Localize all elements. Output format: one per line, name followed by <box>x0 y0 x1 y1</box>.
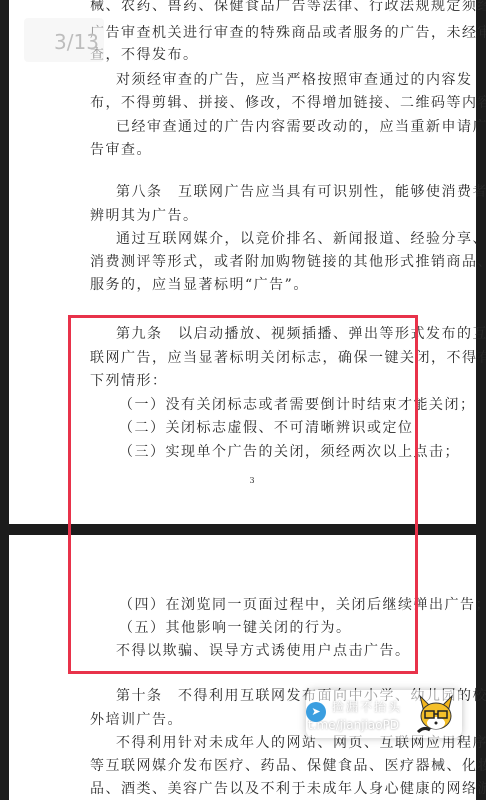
list-item: （五）其他影响一键关闭的行为。 <box>119 618 443 638</box>
text-line: 等互联网媒介发布医疗、药品、保健食品、医疗器械、化妆 <box>90 756 414 776</box>
text-line: 不得以欺骗、误导方式诱使用户点击广告。 <box>116 641 440 661</box>
list-item: （一）没有关闭标志或者需要倒计时结束才能关闭； <box>119 395 443 415</box>
text-line: 下列情形： <box>90 371 414 391</box>
text-line: 查，不得发布。 <box>90 45 414 65</box>
text-line: 广告审查机关进行审查的特殊商品或者服务的广告，未经审 <box>90 23 414 43</box>
text-line: 品、酒类、美容广告以及不利于未成年人身心健康的网络游 <box>90 779 414 799</box>
list-item: （二）关闭标志虚假、不可清晰辨识或定位； <box>119 418 443 438</box>
text-line: 通过互联网媒介，以竞价排名、新闻报道、经验分享、 <box>116 229 440 249</box>
list-item: （三）实现单个广告的关闭，须经两次以上点击； <box>119 442 443 462</box>
text-line: 对须经审查的广告，应当严格按照审查通过的内容发 <box>116 70 440 90</box>
page-number: 3 <box>249 476 255 485</box>
text-line: 辨明其为广告。 <box>90 206 414 226</box>
text-line: 告审查。 <box>90 140 414 160</box>
text-line: 布，不得剪辑、拼接、修改，不得增加链接、二维码等内容。 <box>90 93 414 113</box>
channel-watermark: ➤ 捡漏不抬头 t.me/jianjiaoPD <box>306 690 462 738</box>
document-page-4: （四）在浏览同一页面过程中，关闭后继续弹出广告； （五）其他影响一键关闭的行为。… <box>9 535 476 800</box>
fox-mascot-icon <box>414 692 458 736</box>
article-8-heading: 第八条 互联网广告应当具有可识别性，能够使消费者 <box>116 182 440 202</box>
article-9-heading: 第九条 以启动播放、视频插播、弹出等形式发布的互 <box>116 324 440 344</box>
text-line: 械、农药、兽药、保健食品广告等法律、行政法规规定须经 <box>90 0 414 16</box>
watermark-title: 捡漏不抬头 <box>332 698 402 715</box>
page-indicator: 3/13 <box>24 18 104 62</box>
document-page-3: 械、农药、兽药、保健食品广告等法律、行政法规规定须经 广告审查机关进行审查的特殊… <box>9 0 476 524</box>
watermark-url: t.me/jianjiaoPD <box>308 718 399 732</box>
page-indicator-text: 3/13 <box>54 30 99 54</box>
text-line: 联网广告，应当显著标明关闭标志，确保一键关闭，不得有 <box>90 348 414 368</box>
list-item: （四）在浏览同一页面过程中，关闭后继续弹出广告； <box>119 595 443 615</box>
text-line: 服务的，应当显著标明“广告”。 <box>90 275 414 295</box>
text-line: 已经审查通过的广告内容需要改动的，应当重新申请广 <box>116 117 440 137</box>
text-line: 消费测评等形式，或者附加购物链接的其他形式推销商品、 <box>90 252 414 272</box>
